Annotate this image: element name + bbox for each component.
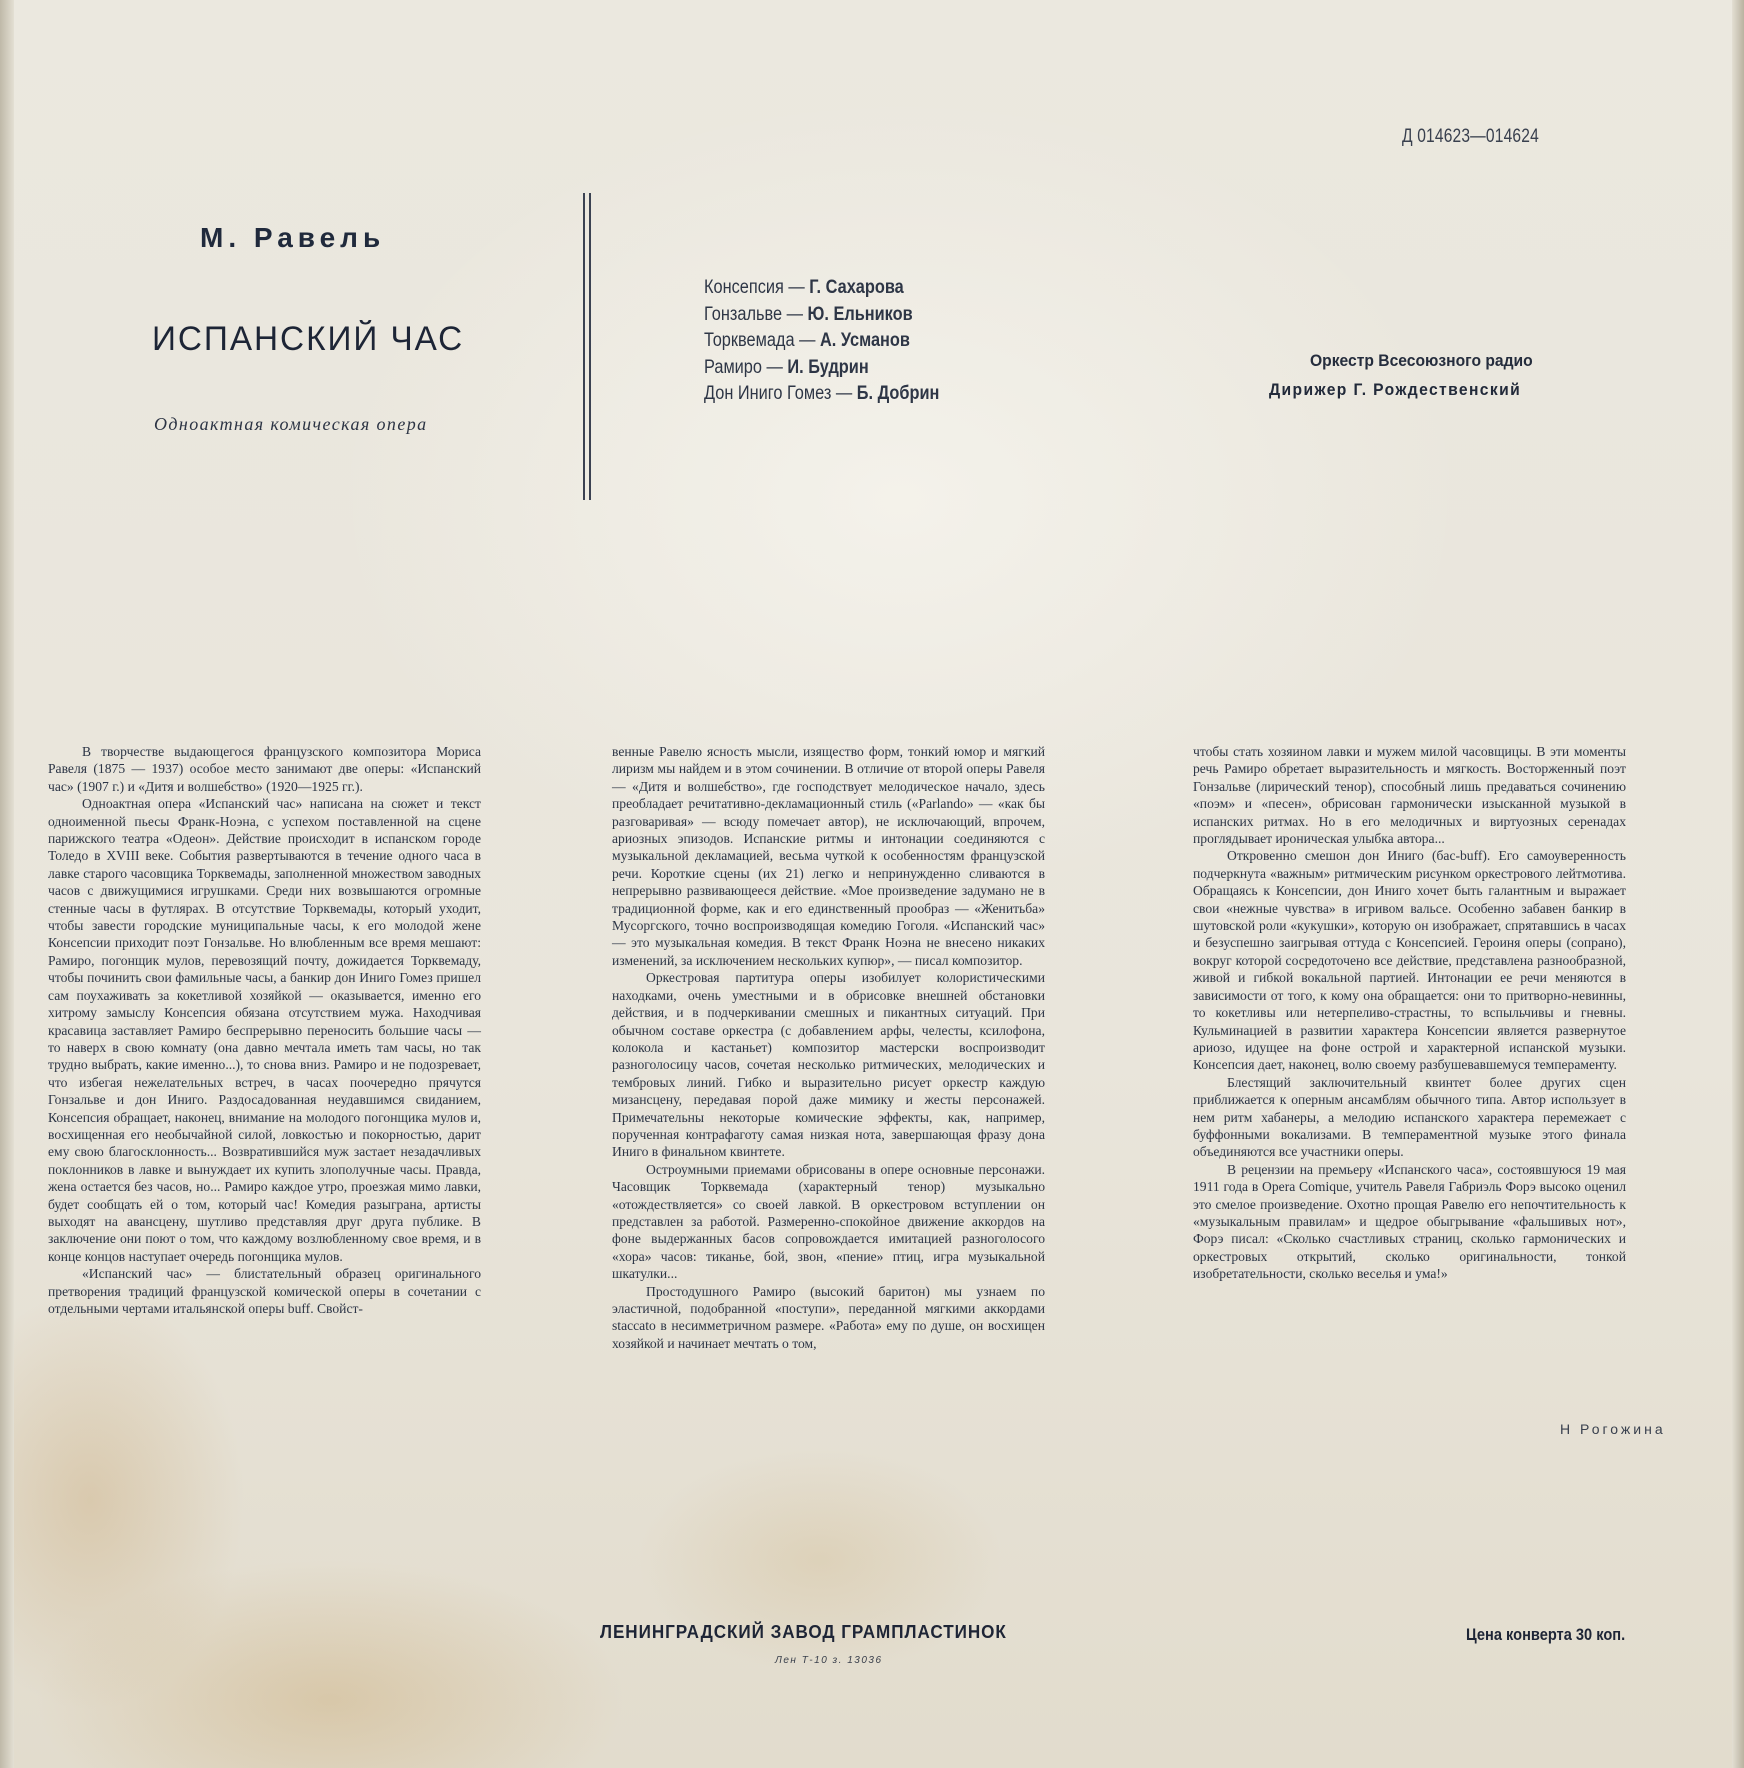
paragraph: Откровенно смешон дон Иниго (бас-buff). … xyxy=(1193,847,1626,1073)
paragraph: Простодушного Рамиро (высокий баритон) м… xyxy=(612,1283,1045,1353)
paragraph: В рецензии на премьеру «Испанского часа»… xyxy=(1193,1161,1626,1283)
liner-notes-column-2: венные Равелю ясность мысли, изящество ф… xyxy=(612,743,1045,1352)
opera-subtitle: Одноактная комическая опера xyxy=(154,414,428,435)
divider-rule xyxy=(583,193,585,500)
composer-name: М. Равель xyxy=(200,222,385,254)
notes-author: Н Рогожина xyxy=(1560,1421,1666,1437)
cast-entry: Гонзальве — Ю. Ельников xyxy=(704,302,939,329)
cast-entry: Дон Иниго Гомез — Б. Добрин xyxy=(704,381,939,408)
paragraph: чтобы стать хозяином лавки и мужем милой… xyxy=(1193,743,1626,847)
sleeve-edge-right xyxy=(1732,0,1744,1768)
paragraph: Блестящий заключительный квинтет более д… xyxy=(1193,1074,1626,1161)
sleeve-price: Цена конверта 30 коп. xyxy=(1466,1625,1625,1645)
liner-notes-column-1: В творчестве выдающегося французского ко… xyxy=(48,743,481,1317)
catalog-number: Д 014623—014624 xyxy=(1402,126,1539,148)
conductor-credit: Дирижер Г. Рождественский xyxy=(1269,380,1521,400)
paragraph: Одноактная опера «Испанский час» написан… xyxy=(48,795,481,1265)
cast-entry: Рамиро — И. Будрин xyxy=(704,355,939,382)
cast-list: Консепсия — Г. Сахарова Гонзальве — Ю. Е… xyxy=(704,275,939,408)
cast-entry: Консепсия — Г. Сахарова xyxy=(704,275,939,302)
paragraph: Оркестровая партитура оперы изобилует ко… xyxy=(612,969,1045,1160)
orchestra-credit: Оркестр Всесоюзного радио xyxy=(1310,351,1533,371)
manufacturer-name: ЛЕНИНГРАДСКИЙ ЗАВОД ГРАМПЛАСТИНОК xyxy=(600,1622,1007,1643)
paragraph: «Испанский час» — блистательный образец … xyxy=(48,1265,481,1317)
paragraph: венные Равелю ясность мысли, изящество ф… xyxy=(612,743,1045,969)
liner-notes-column-3: чтобы стать хозяином лавки и мужем милой… xyxy=(1193,743,1626,1283)
print-order-code: Лен Т-10 з. 13036 xyxy=(775,1655,883,1666)
cast-entry: Торквемада — А. Усманов xyxy=(704,328,939,355)
paragraph: Остроумными приемами обрисованы в опере … xyxy=(612,1161,1045,1283)
sleeve-edge-left xyxy=(0,0,14,1768)
opera-title: ИСПАНСКИЙ ЧАС xyxy=(152,320,464,359)
paragraph: В творчестве выдающегося французского ко… xyxy=(48,743,481,795)
divider-rule xyxy=(589,193,591,500)
record-sleeve-back: Д 014623—014624 М. Равель ИСПАНСКИЙ ЧАС … xyxy=(0,0,1744,1768)
